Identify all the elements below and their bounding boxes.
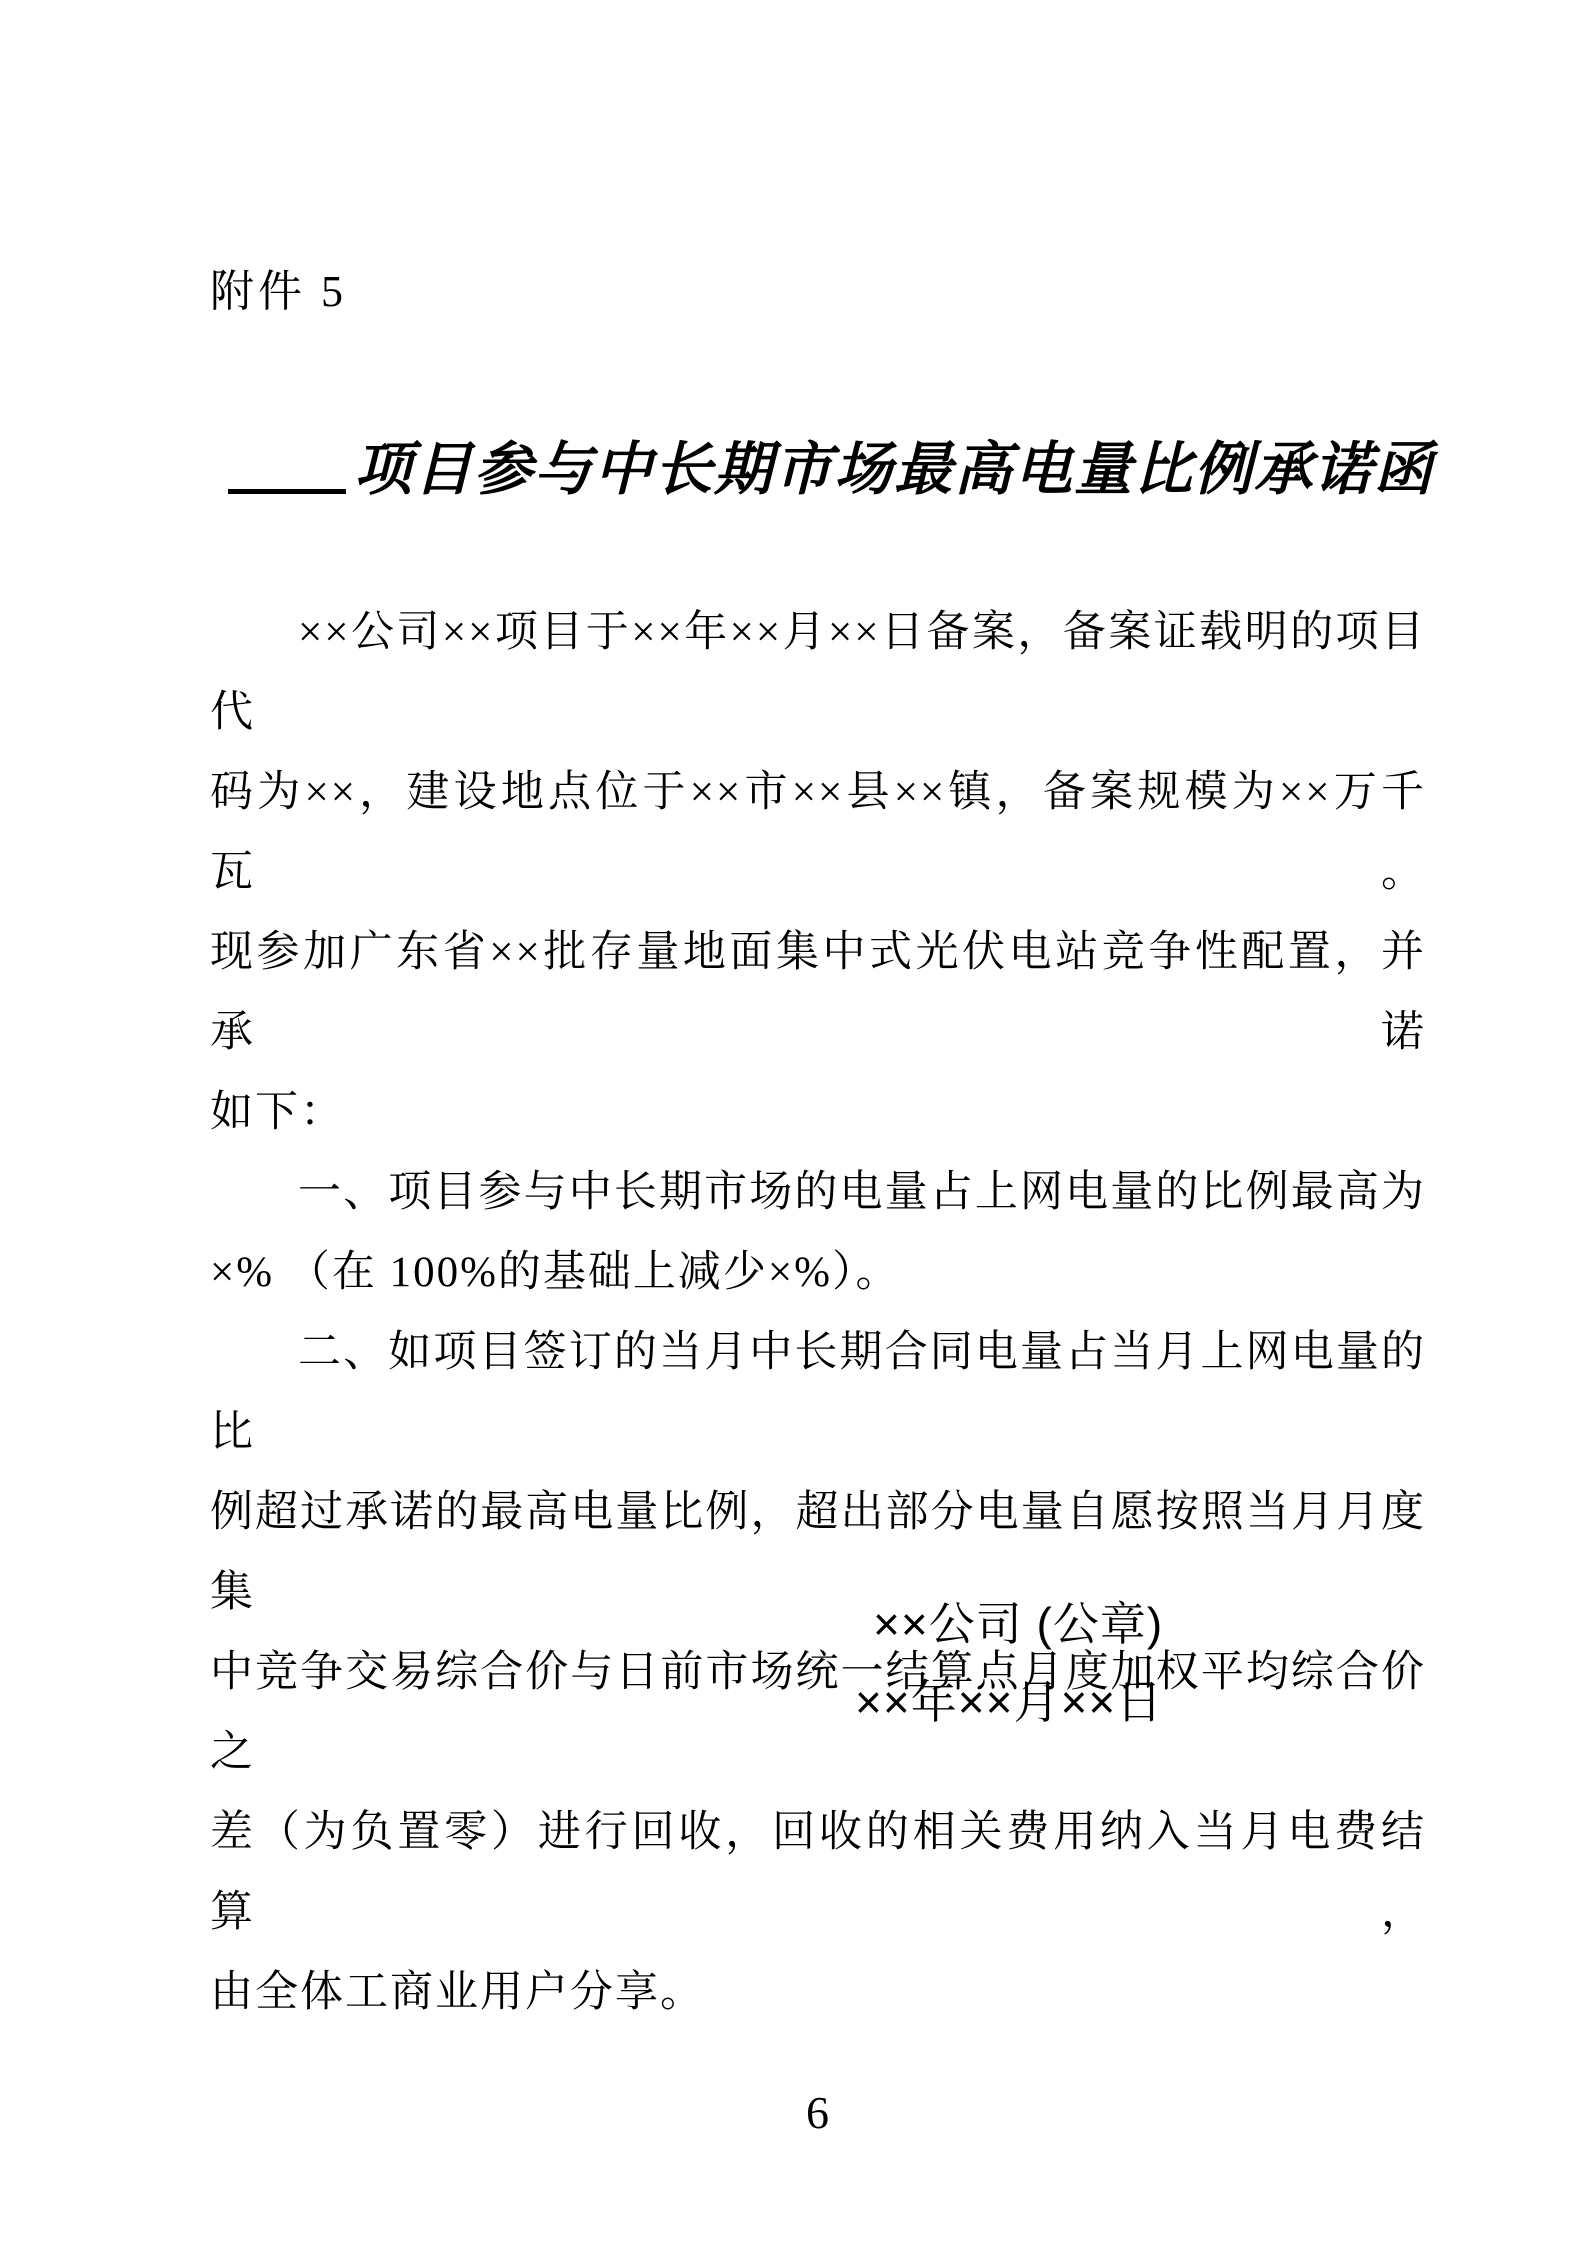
body-line: 二、如项目签订的当月中长期合同电量占当月上网电量的比 [210,1313,1426,1473]
title-text: 项目参与中长期市场最高电量比例承诺函 [354,436,1434,503]
body-line: 现参加广东省××批存量地面集中式光伏电站竞争性配置，并承诺 [210,913,1426,1073]
document-title: 项目参与中长期市场最高电量比例承诺函 [228,436,1434,503]
body-line: 例超过承诺的最高电量比例，超出部分电量自愿按照当月月度集 [210,1473,1426,1633]
title-blank-line [228,444,346,494]
body-line: 差（为负置零）进行回收，回收的相关费用纳入当月电费结算， [210,1793,1426,1953]
body-line: 由全体工商业用户分享。 [210,1953,1426,2033]
document-page: 附件 5 项目参与中长期市场最高电量比例承诺函 ××公司××项目于××年××月×… [0,0,1587,2245]
body-line: 码为××，建设地点位于××市××县××镇，备案规模为××万千瓦。 [210,753,1426,913]
signature-date: ××年××月××日 [855,1666,1163,1732]
body-line: 中竞争交易综合价与日前市场统一结算点月度加权平均综合价之 [210,1633,1426,1793]
body-line: 一、项目参与中长期市场的电量占上网电量的比例最高为 [210,1153,1426,1233]
attachment-label: 附件 5 [210,255,347,319]
body-line: ××公司××项目于××年××月××日备案，备案证载明的项目代 [210,593,1426,753]
body-line: 如下： [210,1073,1426,1153]
page-number: 6 [806,2086,829,2139]
signature-company: ××公司 (公章) [873,1588,1163,1654]
document-body: ××公司××项目于××年××月××日备案，备案证载明的项目代 码为××，建设地点… [210,593,1426,2033]
body-line: ×% （在 100%的基础上减少×%）。 [210,1233,1426,1313]
